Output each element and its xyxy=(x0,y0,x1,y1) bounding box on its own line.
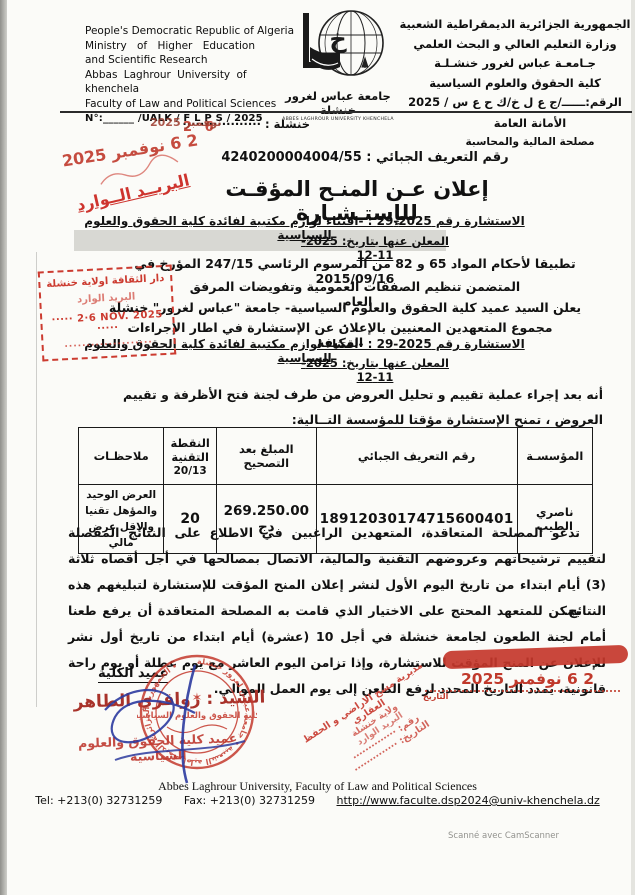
date-stamp-label: التاريخ xyxy=(423,692,448,701)
col-notes: ملاحظـات xyxy=(79,428,164,485)
date-stamp-right-date: 2 6 نوفمبر 2025 xyxy=(425,670,630,688)
col-technical-score: النقطة التقنية 20/13 xyxy=(164,428,217,485)
handwritten-signature xyxy=(45,655,275,795)
header-en-line: and Scientific Research xyxy=(85,53,300,68)
university-logo: خ جامعة عباس لغرور خنشلة ABBES LAGHROUR … xyxy=(276,5,400,122)
university-logo-icon: خ xyxy=(288,5,388,87)
stamp-box-line2: البريد الوارد xyxy=(45,290,167,307)
stamp-box-date: ····· 2·6 NOV. 2025 ····· xyxy=(46,309,169,337)
header-ar-line: الجمهورية الجزائرية الديمقراطية الشعبية xyxy=(398,15,632,35)
header-ar-line: جـامعـة عباس لغرور خنشـلـة xyxy=(398,54,632,74)
footer-contact-line: Tel: +213(0) 32731259 Fax: +213(0) 32731… xyxy=(0,794,635,807)
footer-university-line: Abbes Laghrour University, Faculty of La… xyxy=(0,779,635,794)
intro-paragraph: أنه بعد إجراء عملية تقييم و تحليل العروض… xyxy=(75,382,603,432)
date-stamp-right: 2 6 نوفمبر 2025 التاريخ xyxy=(425,648,630,692)
general-secretariat-label: الأمانة العامة xyxy=(440,116,620,130)
culture-house-stamp-box: دار الثقافة اولاية خنشلة البريد الوارد ·… xyxy=(38,265,177,362)
finance-service-label: مصلحة المالية والمحاسبة xyxy=(440,136,620,148)
paper-fold-line xyxy=(36,252,37,707)
scanned-document-page: People's Democratic Republic of Algeria … xyxy=(0,0,635,895)
scan-edge-right xyxy=(631,0,635,895)
col-technical-score-label: النقطة التقنية xyxy=(170,436,209,464)
announced-date-line-2: المعلن عنها بتاريخ: 2025-11-12 xyxy=(300,356,450,384)
header-en-line: Faculty of Law and Political Sciences xyxy=(85,97,300,112)
tax-identification-line: رقم التعريف الجبائي : 4240200004004/55 xyxy=(200,150,530,165)
camscanner-watermark: Scanné avec CamScanner xyxy=(448,831,559,841)
header-en-line: People's Democratic Republic of Algeria xyxy=(85,24,300,39)
logo-khat-calligraphy: خ xyxy=(329,25,347,53)
scan-edge-shadow xyxy=(0,0,7,895)
col-tax-id: رقم التعريف الجبائي xyxy=(316,428,517,485)
secretariat-block: الأمانة العامة مصلحة المالية والمحاسبة xyxy=(440,116,620,148)
header-en-line: Abbas Laghrour University of khenchela xyxy=(85,68,300,97)
header-ar-line: وزارة التعليم العالي و البحث العلمي xyxy=(398,35,632,55)
footer-fax: Fax: +213(0) 32731259 xyxy=(184,794,315,807)
date-stamp-monthyear-overprint: نوفمبر 2025 xyxy=(150,116,221,129)
header-arabic-block: الجمهورية الجزائرية الديمقراطية الشعبية … xyxy=(398,15,632,113)
col-company: المؤسسـة xyxy=(517,428,592,485)
date-stamp-dotted-line xyxy=(425,690,620,692)
col-technical-score-scale: 20/13 xyxy=(167,465,213,477)
footer-url: http://www.faculte.dsp2024@univ-khenchel… xyxy=(336,794,599,807)
header-ar-line: كلية الحقوق والعلوم السياسية xyxy=(398,74,632,94)
header-en-line: Ministry of Higher Education xyxy=(85,39,300,54)
footer-tel: Tel: +213(0) 32731259 xyxy=(35,794,162,807)
stamp-box-dotted-line: ···················· xyxy=(47,337,169,353)
ink-smear-blob xyxy=(443,645,629,669)
table-header-row: المؤسسـة رقم التعريف الجبائي المبلغ بعد … xyxy=(79,428,593,485)
col-amount: المبلغ بعد التصحيح xyxy=(216,428,316,485)
stamp-box-line1: دار الثقافة اولاية خنشلة xyxy=(44,273,166,290)
header-divider xyxy=(60,111,632,113)
